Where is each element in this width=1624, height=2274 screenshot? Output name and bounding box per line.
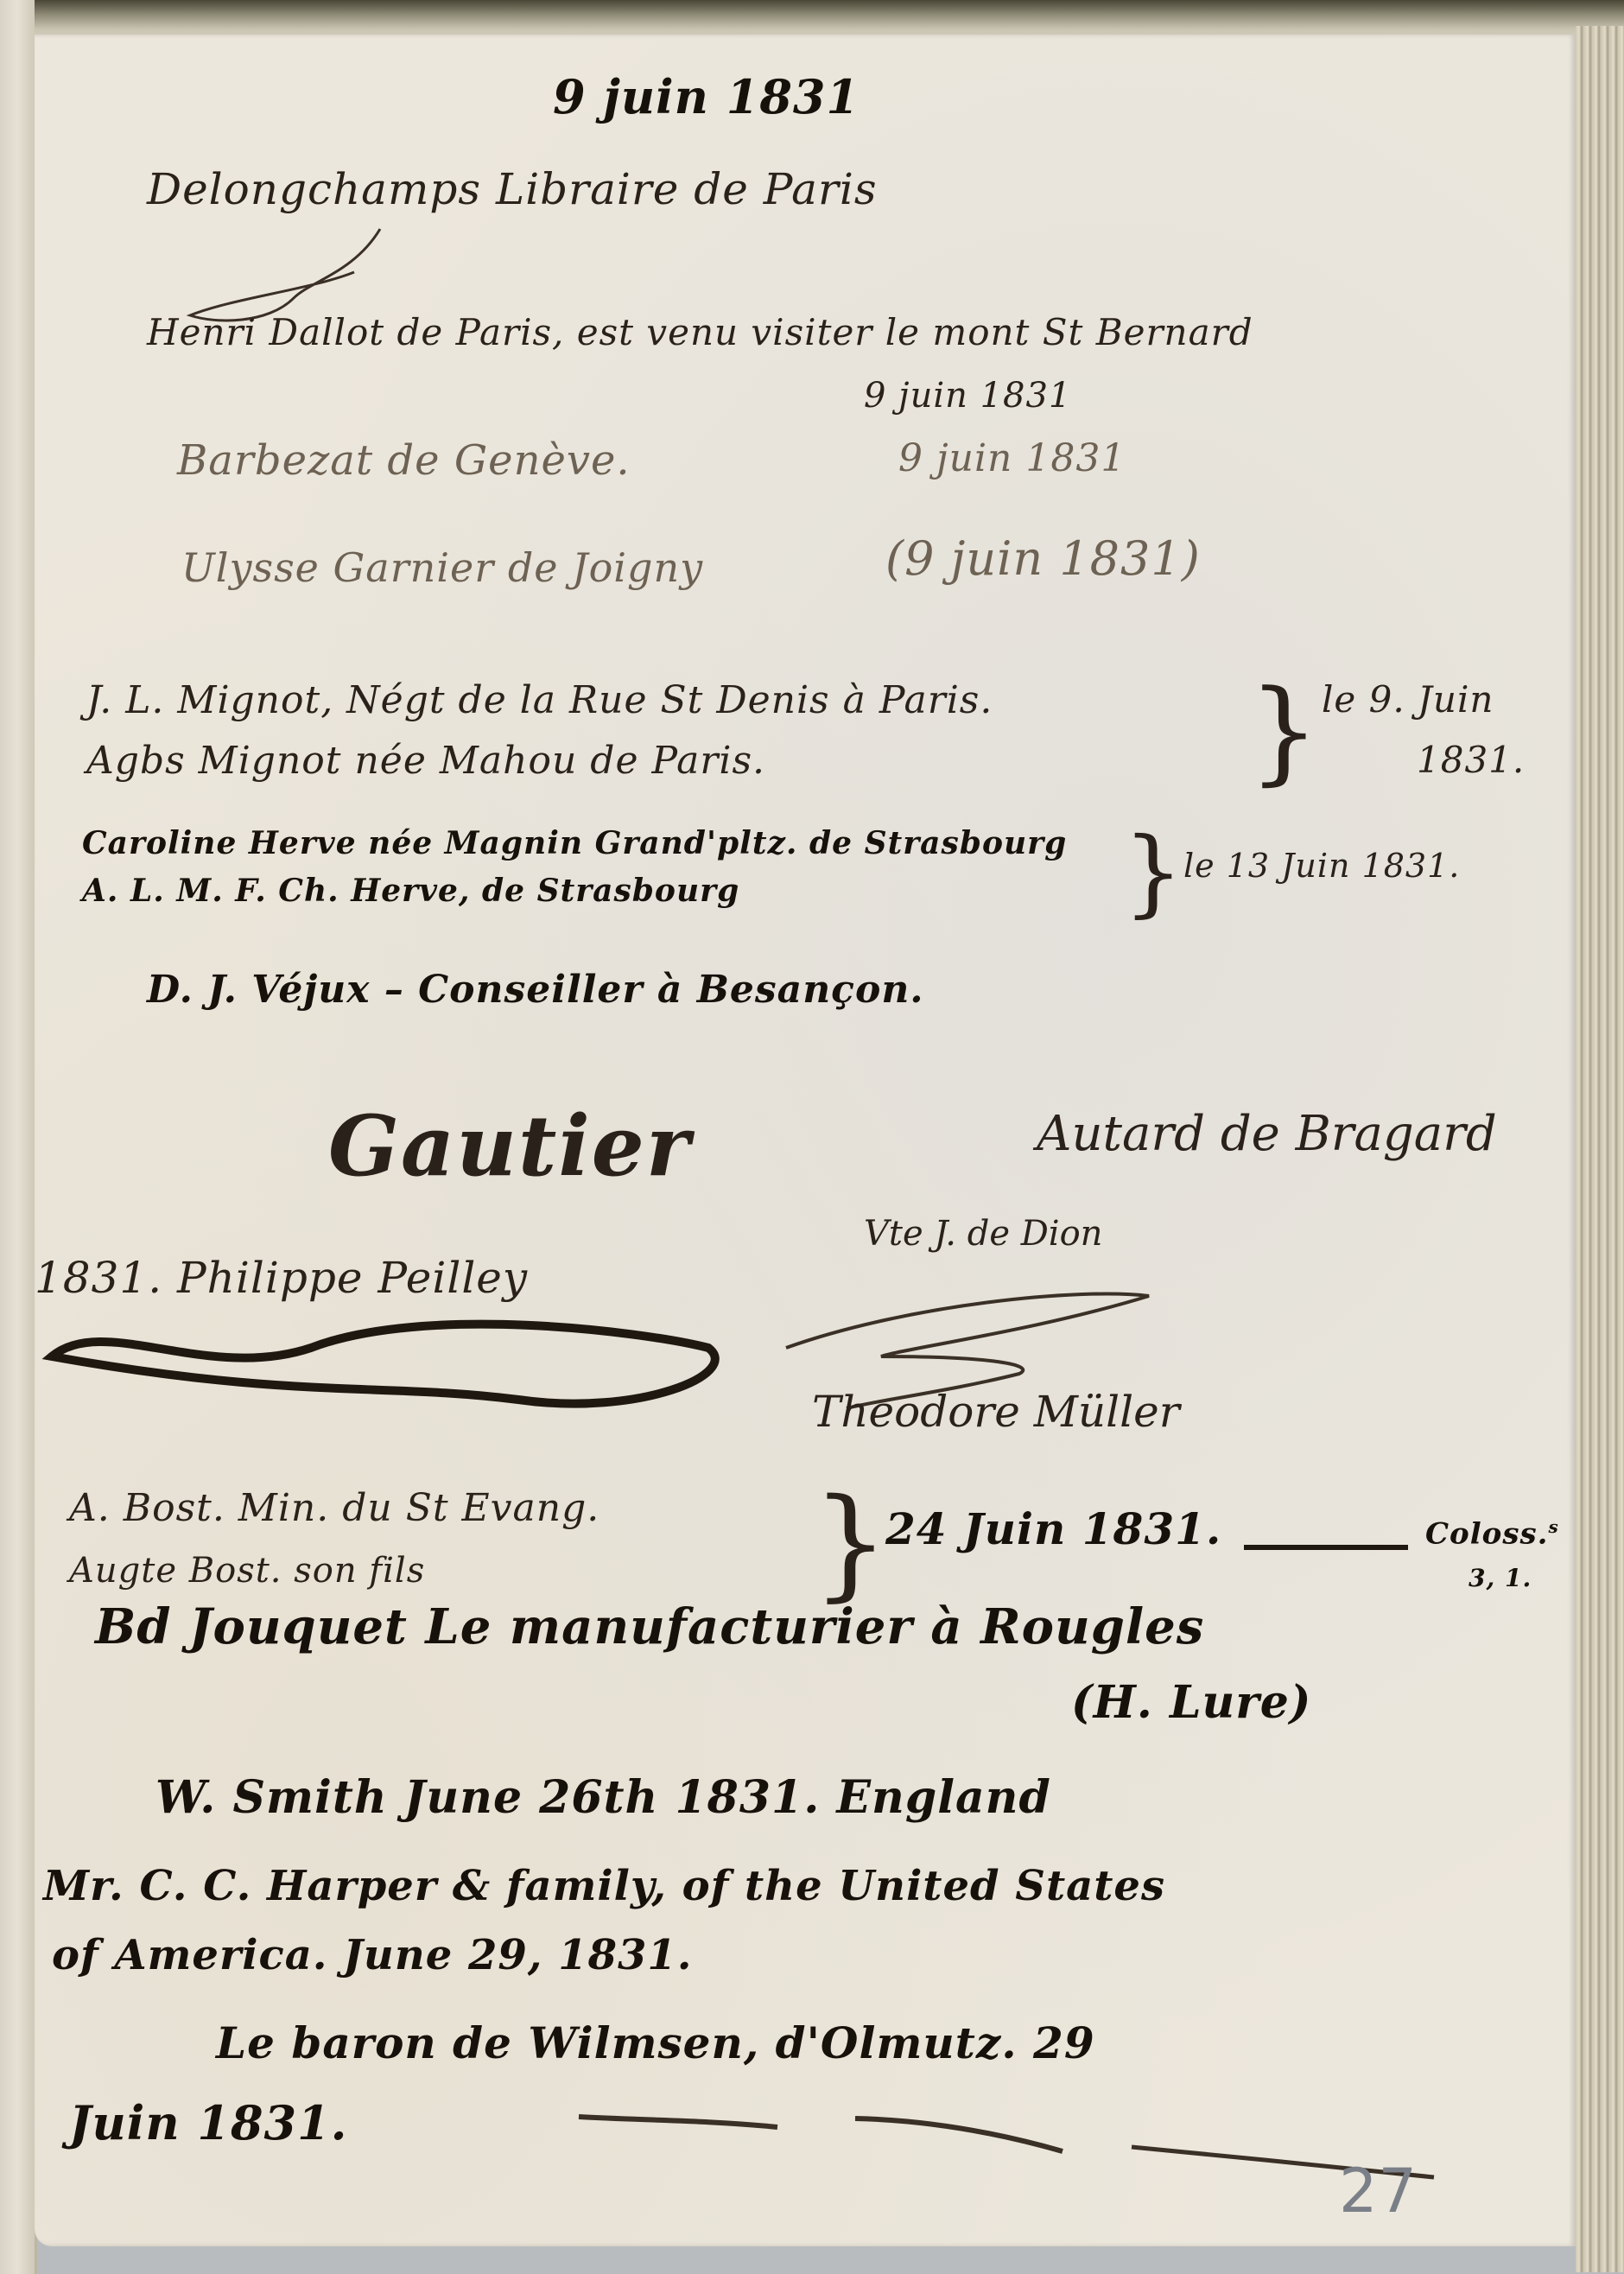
entry-jouquet: Bd Jouquet Le manufacturier à Rougles	[95, 1598, 1204, 1655]
book-fore-edge	[1576, 26, 1624, 2272]
entry-herve-line2: A. L. M. F. Ch. Herve, de Strasbourg	[82, 873, 739, 909]
entry-dallot: Henri Dallot de Paris, est venu visiter …	[147, 311, 1253, 353]
entry-garnier: Ulysse Garnier de Joigny	[181, 544, 703, 591]
entry-bost-note-ref: 3, 1.	[1469, 1564, 1532, 1592]
entry-wilmsen-line2: Juin 1831.	[69, 2095, 347, 2150]
signature-gautier: Gautier	[328, 1097, 691, 1195]
entry-harper-line2: of America. June 29, 1831.	[52, 1931, 693, 1979]
entry-barbezat: Barbezat de Genève.	[177, 436, 631, 485]
signature-dion: Vte J. de Dion	[864, 1214, 1102, 1254]
signature-muller: Theodore Müller	[812, 1387, 1180, 1437]
entry-delongchamps: Delongchamps Libraire de Paris	[147, 164, 878, 214]
adjacent-page-edge	[0, 0, 37, 2274]
entry-garnier-date: (9 juin 1831)	[885, 531, 1201, 586]
entry-mignot-date1: le 9. Juin	[1322, 678, 1494, 721]
brace-bost: }	[812, 1473, 889, 1614]
manuscript-page: 9 juin 1831 Delongchamps Libraire de Par…	[35, 35, 1576, 2246]
entry-bost-line1: A. Bost. Min. du St Evang.	[69, 1486, 599, 1530]
entry-smith: W. Smith June 26th 1831. England	[155, 1771, 1051, 1824]
brace-mignot: }	[1248, 665, 1320, 797]
dash-bost	[1244, 1545, 1408, 1550]
entry-jouquet-sub: (H. Lure)	[1071, 1676, 1311, 1729]
entry-dallot-date: 9 juin 1831	[864, 376, 1071, 416]
entry-bost-date: 24 Juin 1831.	[885, 1503, 1221, 1554]
closing-rule	[570, 2108, 1581, 2186]
entry-mignot-line1: J. L. Mignot, Négt de la Rue St Denis à …	[86, 678, 993, 722]
signature-autard-de-bragard: Autard de Bragard	[1037, 1106, 1497, 1162]
entry-bost-line2: Augte Bost. son fils	[69, 1551, 425, 1591]
flourish-peilley	[35, 1296, 743, 1434]
entry-herve-line1: Caroline Herve née Magnin Grand'pltz. de…	[82, 825, 1067, 861]
entry-bost-note: Coloss.s	[1425, 1516, 1559, 1551]
entry-herve-date: le 13 Juin 1831.	[1183, 847, 1460, 885]
entry-barbezat-date: 9 juin 1831	[898, 436, 1126, 480]
entry-vejux: D. J. Véjux – Conseiller à Besançon.	[147, 968, 924, 1012]
entry-mignot-line2: Agbs Mignot née Mahou de Paris.	[86, 739, 765, 783]
brace-herve: }	[1123, 816, 1183, 927]
entry-mignot-date2: 1831.	[1417, 739, 1525, 781]
header-date: 9 juin 1831	[553, 69, 860, 124]
entry-harper-line1: Mr. C. C. Harper & family, of the United…	[43, 1862, 1165, 1910]
page-number: 27	[1339, 2156, 1418, 2226]
entry-wilmsen-line1: Le baron de Wilmsen, d'Olmutz. 29	[216, 2017, 1095, 2068]
